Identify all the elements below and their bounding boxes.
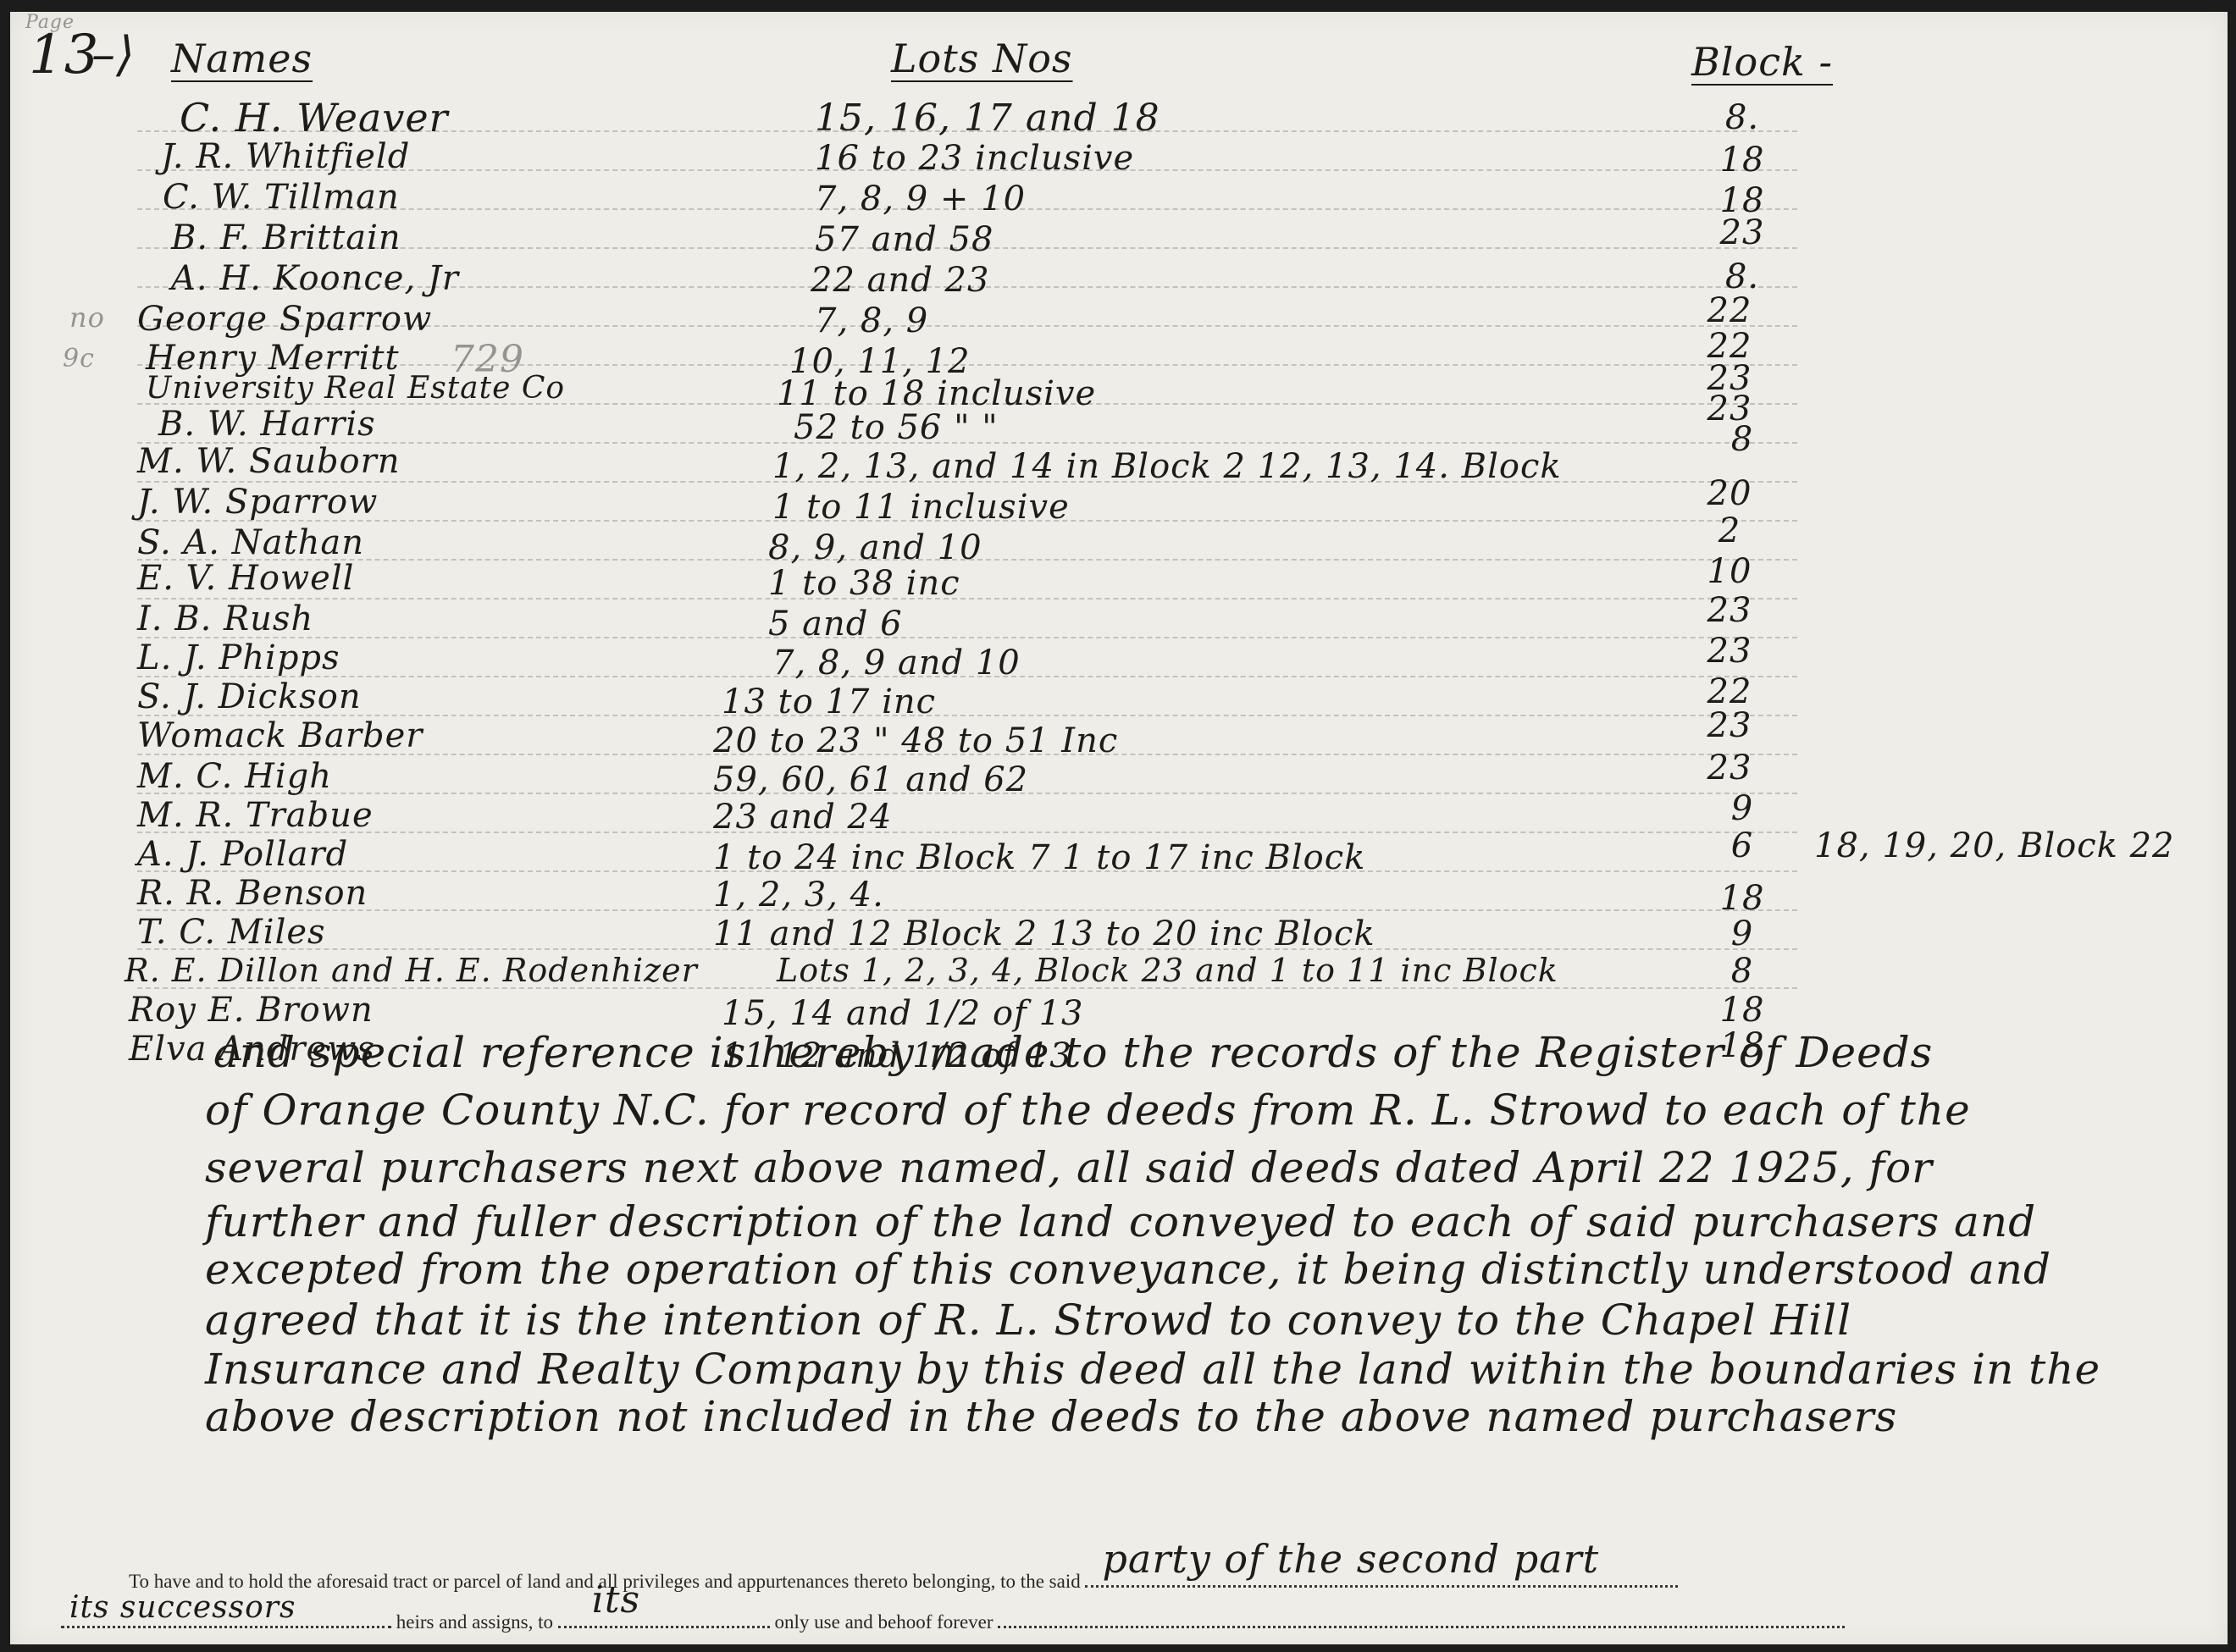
document-page: Page 13 –⟩ Names Lots Nos Block - no 9c …	[10, 12, 2228, 1644]
row-block: 8	[1704, 952, 1780, 991]
use-blank: its	[558, 1609, 770, 1628]
paragraph-line: Insurance and Realty Company by this dee…	[205, 1345, 2100, 1394]
paragraph-line: of Orange County N.C. for record of the …	[205, 1086, 1971, 1135]
paragraph-line: excepted from the operation of this conv…	[205, 1245, 2051, 1294]
row-block: 23	[1691, 706, 1768, 745]
row-name: E. V. Howell	[137, 559, 354, 598]
row-lots: 59, 60, 61 and 62	[713, 760, 1028, 799]
row-lots: 23 and 24	[713, 798, 892, 837]
row-lots: Lots 1, 2, 3, 4, Block 23 and 1 to 11 in…	[777, 952, 1558, 989]
successors-fill: its successors	[69, 1590, 296, 1625]
row-block: 23	[1691, 749, 1768, 787]
habendum-fill: party of the second part	[1102, 1536, 1599, 1582]
row-name: M. W. Sauborn	[137, 442, 401, 481]
row-lots: 22 and 23	[811, 261, 989, 300]
row-lots: 20 to 23 " 48 to 51 Inc	[713, 721, 1118, 760]
row-name: M. C. High	[137, 757, 332, 796]
row-name: B. F. Brittain	[171, 218, 401, 257]
row-lots: 52 to 56 " "	[794, 408, 999, 447]
paragraph-line: and special reference is hereby made to …	[213, 1028, 1933, 1077]
paragraph-line: several purchasers next above named, all…	[205, 1143, 1933, 1192]
row-name: C. H. Weaver	[180, 95, 449, 141]
row-block: 8.	[1704, 98, 1780, 137]
row-lots: 13 to 17 inc	[722, 682, 936, 721]
row-name: A. J. Pollard	[137, 835, 348, 874]
row-lots: 7, 8, 9	[815, 301, 928, 340]
row-name: T. C. Miles	[137, 913, 326, 952]
row-name: C. W. Tillman	[163, 178, 400, 217]
row-name: I. B. Rush	[137, 599, 313, 638]
row-extra: 18, 19, 20, Block 22	[1814, 826, 2175, 865]
row-block: 22	[1691, 291, 1768, 330]
margin-note: no	[69, 301, 105, 334]
row-name: Roy E. Brown	[129, 991, 374, 1030]
row-lots: 11 and 12 Block 2 13 to 20 inc Block	[713, 914, 1375, 953]
trailing-blank	[998, 1609, 1845, 1628]
row-block: 9	[1704, 789, 1780, 828]
row-lots: 57 and 58	[815, 220, 993, 259]
row-name: J. R. Whitfield	[161, 137, 410, 176]
row-lots: 15, 16, 17 and 18	[815, 97, 1160, 140]
row-name: S. A. Nathan	[137, 523, 364, 562]
successors-blank: its successors	[61, 1609, 391, 1628]
row-block: 18	[1704, 879, 1780, 918]
row-name: University Real Estate Co	[146, 371, 565, 406]
row-lots: 8, 9, and 10	[768, 528, 982, 567]
row-name: J. W. Sparrow	[137, 483, 378, 522]
margin-note: 9c	[63, 344, 95, 373]
row-block: 18	[1704, 991, 1780, 1030]
row-lots: 7, 8, 9 and 10	[772, 644, 1021, 682]
row-name: B. W. Harris	[158, 405, 376, 444]
use-fill: its	[592, 1578, 640, 1622]
habendum-blank: party of the second part	[1085, 1568, 1678, 1588]
row-block: 2	[1691, 511, 1768, 550]
row-block: 23	[1691, 591, 1768, 630]
behoof-text: only use and behoof forever	[775, 1611, 993, 1633]
row-block: 10	[1691, 552, 1768, 591]
heirs-assigns-line: its successors heirs and assigns, to its…	[61, 1609, 1845, 1633]
row-block: 8	[1704, 420, 1780, 459]
row-lots: 1, 2, 13, and 14 in Block 2 12, 13, 14. …	[772, 447, 1562, 486]
row-block: 20	[1691, 474, 1768, 513]
row-name: Womack Barber	[137, 716, 423, 755]
header-lots: Lots Nos	[891, 36, 1073, 81]
header-names: Names	[171, 36, 313, 81]
row-lots: 7, 8, 9 + 10	[815, 180, 1026, 218]
row-lots: 5 and 6	[768, 605, 903, 644]
row-lots: 1, 2, 3, 4.	[713, 876, 884, 914]
heirs-assigns-text: heirs and assigns, to	[396, 1611, 553, 1633]
row-lots: 1 to 11 inclusive	[772, 488, 1070, 527]
row-block: 9	[1704, 914, 1780, 953]
row-name: L. J. Phipps	[137, 638, 340, 677]
row-name: George Sparrow	[137, 300, 432, 339]
row-name: S. J. Dickson	[137, 677, 362, 716]
row-name: A. H. Koonce, Jr	[171, 259, 459, 298]
row-lots: 16 to 23 inclusive	[815, 139, 1134, 178]
row-lots: 1 to 24 inc Block 7 1 to 17 inc Block	[713, 838, 1365, 877]
header-block: Block -	[1691, 39, 1833, 85]
row-name: R. R. Benson	[137, 874, 368, 913]
bracket-mark: –⟩	[91, 27, 136, 82]
page-marker: 13	[29, 24, 99, 86]
row-name: R. E. Dillon and H. E. Rodenhizer	[125, 952, 698, 989]
paragraph-line: above description not included in the de…	[205, 1392, 1897, 1441]
row-block: 18	[1704, 141, 1780, 180]
paragraph-line: further and fuller description of the la…	[205, 1197, 2036, 1246]
paragraph-line: agreed that it is the intention of R. L.…	[205, 1296, 1851, 1345]
habendum-clause: To have and to hold the aforesaid tract …	[129, 1568, 1678, 1593]
row-block: 23	[1691, 632, 1768, 671]
row-lots: 1 to 38 inc	[768, 564, 960, 603]
row-name: M. R. Trabue	[137, 796, 374, 835]
row-block: 23	[1704, 213, 1780, 252]
row-block: 6	[1704, 826, 1780, 865]
